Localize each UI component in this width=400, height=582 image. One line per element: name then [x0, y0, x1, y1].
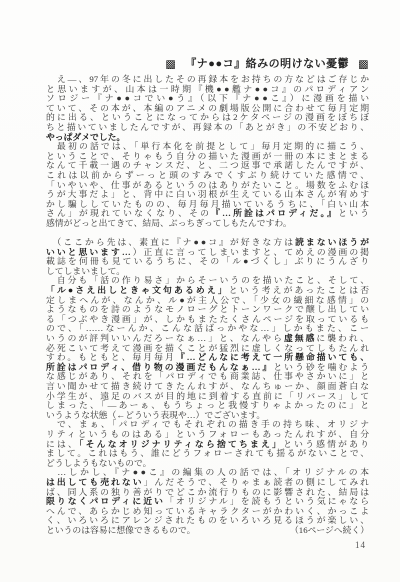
- body-text-segment: 的に出る、ということになってからは2ケタページの漫画をぼちぼ: [46, 112, 369, 122]
- page-title-text: 『ナ●●コ』絡みの明けない憂鬱: [185, 58, 349, 70]
- emphasized-text: 『…どんなに考えて一所懸命描いても、: [176, 352, 369, 362]
- body-text-segment: というのは容易に想像できるもので。: [46, 525, 195, 535]
- body-text-segment: ちと描いていましたんですが、再録本の「あとがき」の不安どおり、: [46, 122, 369, 132]
- emphasized-text: は出しても売れない: [46, 477, 144, 487]
- title-ornament-right-icon: ▩: [358, 58, 369, 73]
- emphasized-text: 「ル●さえ出しときゃ文句あるめえ」: [46, 285, 229, 295]
- body-text-segment: …しかし、『ナ●●こ』の編集の人の話では、「オリジナルの本: [46, 467, 369, 477]
- body-text-segment: しまった、「―あーぁ、もうちょっと我慢すりゃよかったのに」と: [46, 400, 369, 410]
- body-text-segment: うが大事だよ」と、背中に白い羽根が生えている山本さんが宥めす: [46, 189, 369, 199]
- body-text-segment: 自分も「話の作り易さ」からそーいうのを描いたこと、そして、: [46, 275, 369, 285]
- body-text-segment: なんて千載一遇のチャンスだ、と、二つ返事で承諾したんですが、: [46, 160, 369, 170]
- continuation-note: （16ページへ続く）: [290, 526, 369, 536]
- body-text-segment: まして。これはもう、誰にどうフォローされても揺るがないことで、: [46, 448, 369, 458]
- body-text-segment: という: [338, 208, 369, 218]
- body-line: （16ページへ続く）というのは容易に想像できるもので。: [46, 526, 369, 536]
- body-text-segment: ので、「……なーんか、こんな話ばっかやな…」しかもまた、こー: [46, 323, 369, 333]
- body-text-segment: 」んだそうで、そりゃまぁ読者の側にしてみれ: [144, 477, 369, 487]
- body-text-segment: 言い聞かせて描き続けてきたんれすが、なんちゅーか、顔面蒼白な: [46, 381, 369, 391]
- body-text-segment: に襲われ、: [316, 333, 369, 343]
- body-text-segment: さん」が現れていなくなり、その: [46, 208, 211, 218]
- body-text-segment: いうのが評判いいんだろーなぁ…」と、なんやら: [46, 333, 284, 343]
- body-text-segment: な感じがあり、それを「パロディでも商業誌、仕事やさかいに」と: [46, 371, 369, 381]
- body-text: え―、97年の冬に出したその再録本をお持ちの方などはご存じかと思いますが、山本は…: [46, 75, 369, 536]
- page-title: ▩『ナ●●コ』絡みの明けない憂鬱▩: [46, 57, 369, 72]
- title-ornament-left-icon: ▩: [165, 58, 176, 73]
- page-number: 14: [355, 540, 366, 550]
- body-text-segment: く、いろいろにアレンジされたものをいろいろ見るほうが楽しい、: [46, 515, 369, 525]
- emphasized-text: 『…所詮はパロディだ。』: [211, 208, 338, 218]
- body-text-segment: リティというものはある」というフォローもあったんれすが、自分: [46, 429, 369, 439]
- body-text-segment: （ここから先は、素直に『ナ●●コ』が好きな方は: [46, 237, 295, 247]
- body-text-segment: ようなものを詩のようなモノローグとトーンワークで醸し出してい: [46, 304, 369, 314]
- body-text-segment: え―、97年の冬に出したその再録本をお持ちの方などはご存じか: [46, 74, 369, 84]
- body-text-segment: すわ。もともと、毎月毎月: [46, 352, 176, 362]
- emphasized-text: 読まないほうが: [295, 237, 369, 247]
- body-text-segment: 感情がどっと出てきて、結局、ぶっちぎってしもたんですわ。: [46, 218, 292, 228]
- body-text-segment: 最初の話では、「単行本化を前提として」毎月定期的に描こう、: [46, 141, 369, 151]
- body-text-segment: で、まぁ、「パロディでもそれぞれの描き手の持ち味、オリジナ: [46, 419, 369, 429]
- body-text-segment: 「オリジナル」を読もうという気にゃなら: [165, 496, 369, 506]
- body-text-segment: これは以前からずーっと頭のすみでくすぶり続けていた感情で、: [46, 170, 369, 180]
- body-line: 感情がどっと出てきて、結局、ぶっちぎってしもたんですわ。: [46, 219, 369, 229]
- scanned-page: ▩『ナ●●コ』絡みの明けない憂鬱▩ え―、97年の冬に出したその再録本をお持ちの…: [0, 0, 400, 582]
- body-text-segment: という考えがあったことは否: [229, 285, 369, 295]
- body-text-segment: ソロジー『ナ●●コでい●う』（以下『ナ●●こ』）に漫画を描い: [46, 93, 369, 103]
- emphasized-text: 虚無感: [284, 333, 316, 343]
- body-text-segment: 載誌を何冊も見ているうちに、その「ル●づくし」ぶりにうんざり: [46, 256, 369, 266]
- emphasized-text: 限りなくパロディに近い: [46, 496, 165, 506]
